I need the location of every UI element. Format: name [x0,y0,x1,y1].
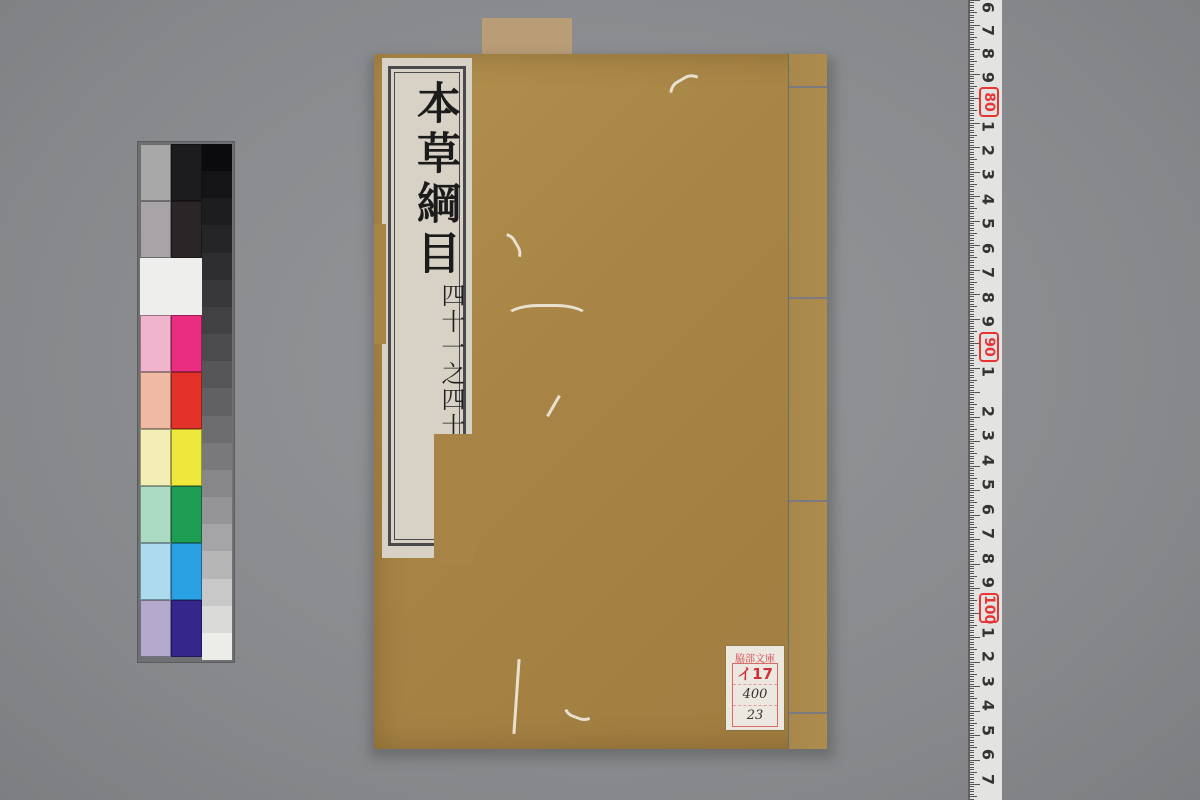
ruler-tick [970,257,977,258]
ruler-tick [970,409,974,410]
ruler-label: 1 [979,362,998,382]
ruler-tick [970,287,974,288]
ruler-tick [970,573,974,574]
ruler-tick [970,740,974,741]
paper-damage [504,304,590,340]
ruler-label: 100 [979,593,999,623]
ruler-tick [970,39,974,40]
ruler-tick [970,630,974,631]
ruler-tick [970,767,974,768]
ruler-tick [970,402,974,403]
ruler-tick [970,461,974,462]
ruler-tick [970,125,974,126]
ruler-tick [970,502,977,503]
ruler-tick [970,338,974,339]
ruler-tick [970,336,974,337]
ruler-tick [970,497,974,498]
color-patch-green [171,486,202,543]
ruler-tick [970,223,974,224]
ruler-tick [970,66,974,67]
ruler-tick [970,355,977,356]
paper-damage [546,395,561,417]
ruler-tick [970,198,974,199]
ruler-tick [970,69,974,70]
paper-damage [559,679,605,725]
ruler-tick [970,71,974,72]
ruler-tick [970,789,974,790]
ruler-tick [970,211,974,212]
ruler-tick [970,230,974,231]
ruler-tick [970,279,974,280]
book-title: 本草綱目 [412,80,456,280]
book-spine [788,54,827,749]
ruler-tick [970,350,974,351]
ruler-tick [970,527,977,528]
ruler-tick [970,321,974,322]
ruler-tick [970,421,974,422]
ruler-tick [970,649,977,650]
color-patch-red [171,372,202,429]
ruler-tick [970,664,974,665]
ruler-tick [970,22,974,23]
ruler-tick [970,794,974,795]
ruler-tick [970,377,974,378]
color-patch-mint [140,486,171,543]
ruler-tick [970,267,974,268]
ruler-tick [970,590,974,591]
ruler-tick [970,311,974,312]
ruler-tick [970,752,974,753]
ruler-tick [970,747,977,748]
ruler-tick [970,671,974,672]
ruler-tick [970,17,974,18]
ruler-tick [970,42,974,43]
paper-damage [512,659,520,734]
ruler-tick [970,309,974,310]
ruler-tick [970,86,977,87]
ruler-tick [970,537,974,538]
ruler-tick [970,394,974,395]
ruler-tick [970,404,977,405]
ruler-tick [970,387,974,388]
color-patch-gray-purple [140,201,171,258]
ruler-tick [970,439,974,440]
ruler-tick [970,725,974,726]
grayscale-step [202,497,232,524]
ruler-tick [970,757,974,758]
ruler-tick [970,576,977,577]
ruler-tick [970,429,977,430]
ruler-tick [970,250,974,251]
ruler-tick [970,512,974,513]
ruler-tick [970,755,974,756]
ruler-tick [970,522,974,523]
ruler-tick [970,774,974,775]
ruler-tick [970,688,974,689]
ruler-tick [970,632,974,633]
ruler-tick [970,142,974,143]
ruler-tick [970,5,974,6]
ruler-tick [970,480,974,481]
ruler-tick [970,262,974,263]
ruler-tick [970,154,974,155]
ruler-tick [970,118,974,119]
color-patch-black [171,144,202,201]
ruler-label: 1 [979,117,998,137]
ruler-label: 9 [979,573,998,593]
ruler-label: 3 [979,426,998,446]
ruler-tick [970,20,974,21]
ruler-tick [970,657,974,658]
ruler-tick [970,81,974,82]
ruler-tick [970,448,974,449]
ruler-tick [970,179,974,180]
ruler-tick [970,333,974,334]
ruler-tick [970,348,974,349]
ruler-tick [970,524,974,525]
ruler-tick [970,796,977,797]
ruler-label: 8 [979,549,998,569]
ruler-label: 7 [979,770,998,790]
ruler-tick [970,375,974,376]
ruler-tick [970,108,974,109]
ruler-tick [970,218,974,219]
ruler-tick [970,54,974,55]
ruler-tick [970,510,974,511]
ruler-label: 6 [979,745,998,765]
ruler-tick [970,103,974,104]
ruler-label: 3 [979,165,998,185]
ruler-tick [970,676,974,677]
ruler-tick [970,164,974,165]
ruler-tick [970,483,974,484]
ruler-tick [970,390,974,391]
ruler-tick [970,578,974,579]
ruler-tick [970,78,974,79]
ruler-tick [970,301,974,302]
ruler-label: 8 [979,44,998,64]
ruler-tick [970,737,974,738]
ruler-tick [970,61,977,62]
ruler-tick [970,451,974,452]
grayscale-step [202,633,232,660]
grayscale-step [202,307,232,334]
ruler-tick [970,698,977,699]
grayscale-step [202,551,232,578]
grayscale-step [202,443,232,470]
ruler-tick [970,130,974,131]
ruler-tick [970,505,974,506]
ruler-tick [970,176,974,177]
ruler-tick [970,458,974,459]
ruler-tick [970,225,974,226]
ruler-tick [970,140,974,141]
ruler-tick [970,495,974,496]
ruler-tick [970,397,974,398]
ruler-tick [970,674,977,675]
ruler-tick [970,296,974,297]
ruler-tick [970,559,974,560]
color-patch-yellow [171,429,202,486]
ruler-label: 9 [979,312,998,332]
color-patch-magenta [171,315,202,372]
ruler-tick [970,191,974,192]
ruler-tick [970,551,977,552]
ruler-tick [970,184,977,185]
paper-damage [477,227,526,276]
color-patch-indigo [171,600,202,657]
ruler-tick [970,93,974,94]
color-patch-peach [140,372,171,429]
ruler-tick [970,470,974,471]
ruler-tick [970,137,974,138]
ruler-tick [970,424,974,425]
ruler-tick [970,29,974,30]
ruler-tick [970,385,974,386]
ruler-tick [970,306,977,307]
ruler-tick [970,519,974,520]
ruler-tick [970,194,974,195]
ruler-tick [970,706,974,707]
ruler-tick [970,316,974,317]
color-patch-light-blue [140,543,171,600]
grayscale-step [202,225,232,252]
ruler-label: 2 [979,647,998,667]
ruler-tick [970,730,974,731]
ruler-tick [970,167,974,168]
ruler-tick [970,728,974,729]
ruler-tick [970,331,977,332]
ruler-tick [970,473,974,474]
item-number: 400 [733,685,777,706]
stitch [789,297,827,299]
ruler-tick [970,299,974,300]
ruler-tick [970,534,974,535]
ruler-tick [970,47,974,48]
ruler-tick [970,426,974,427]
grayscale-step [202,280,232,307]
ruler-tick [970,549,974,550]
ruler-tick [970,174,974,175]
ruler-tick [970,105,974,106]
ruler-tick [970,414,974,415]
ruler-tick [970,617,974,618]
ruler-tick [970,608,974,609]
grayscale-step [202,253,232,280]
ruler-tick [970,274,974,275]
ruler-tick [970,779,974,780]
ruler-tick [970,583,974,584]
ruler-tick [970,659,974,660]
ruler-tick [970,701,974,702]
grayscale-step [202,334,232,361]
ruler-label: 90 [979,332,999,362]
ruler-tick [970,363,974,364]
ruler-tick [970,681,974,682]
ruler-tick [970,666,974,667]
ruler-tick [970,284,974,285]
ruler-tick [970,64,974,65]
ruler-label: 5 [979,475,998,495]
ruler-tick [970,115,974,116]
ruler-tick [970,546,974,547]
ruler-tick [970,777,974,778]
ruler-tick [970,610,974,611]
ruler-tick [970,145,974,146]
ruler-tick [970,83,974,84]
color-patch-dark-brown [171,201,202,258]
ruler-label: 6 [979,0,998,18]
ruler-tick [970,186,974,187]
ruler-tick [970,51,974,52]
stitch [789,86,827,88]
ruler-tick [970,2,974,3]
ruler-tick [970,34,974,35]
measuring-ruler: 678980123456789901234567891001234567 [968,0,1002,800]
ruler-tick [970,27,974,28]
ruler-tick [970,622,974,623]
ruler-tick [970,353,974,354]
ruler-tick [970,500,974,501]
ruler-label: 2 [979,141,998,161]
ruler-tick [970,475,974,476]
grayscale-step [202,579,232,606]
ruler-tick [970,593,974,594]
ruler-tick [970,492,974,493]
ruler-tick [970,326,974,327]
ruler-tick [970,679,974,680]
ruler-tick [970,791,974,792]
grayscale-strip [202,144,232,660]
ruler-tick [970,693,974,694]
ruler-tick [970,715,974,716]
ruler-label: 6 [979,500,998,520]
ruler-tick [970,56,974,57]
ruler-tick [970,314,974,315]
color-patch-lavender [140,600,171,657]
stitch [789,500,827,502]
ruler-tick [970,598,974,599]
ruler-tick [970,323,974,324]
ruler-label: 5 [979,214,998,234]
ruler-tick [970,419,974,420]
ruler-tick [970,625,977,626]
ruler-tick [970,488,974,489]
ruler-label: 4 [979,190,998,210]
ruler-tick [970,282,977,283]
ruler-tick [970,96,974,97]
ruler-tick [970,181,974,182]
ruler-tick [970,772,977,773]
ruler-tick [970,358,974,359]
ruler-tick [970,600,977,601]
ruler-tick [970,750,974,751]
ruler-tick [970,365,974,366]
ruler-tick [970,561,974,562]
ruler-tick [970,37,977,38]
torn-area [374,224,386,344]
ruler-label: 80 [979,87,999,117]
ruler-tick [970,292,974,293]
ruler-tick [970,7,974,8]
grayscale-step [202,361,232,388]
paper-damage [661,67,734,147]
ruler-tick [970,434,974,435]
ruler-tick [970,213,974,214]
ruler-tick [970,532,974,533]
ruler-tick [970,289,974,290]
ruler-tick [970,277,974,278]
ruler-label: 8 [979,288,998,308]
color-patch-light-yellow [140,429,171,486]
ruler-tick [970,149,974,150]
ruler-tick [970,208,977,209]
ruler-tick [970,120,974,121]
paper-tab [482,18,572,58]
ruler-tick [970,233,977,234]
ruler-tick [970,723,977,724]
ruler-tick [970,431,974,432]
ruler-tick [970,556,974,557]
ruler-tick [970,392,980,393]
call-number: イ17 [733,664,777,685]
ruler-tick [970,595,974,596]
ruler-tick [970,456,974,457]
ruler-tick [970,786,974,787]
ruler-tick [970,265,974,266]
color-patch-light-pink [140,315,171,372]
ruler-tick [970,468,974,469]
ruler-tick [970,382,974,383]
ruler-tick [970,159,977,160]
ruler-tick [970,642,974,643]
ruler-tick [970,713,974,714]
ruler-tick [970,720,974,721]
ruler-tick [970,745,974,746]
grayscale-step [202,524,232,551]
ruler-tick [970,370,974,371]
ruler-tick [970,696,974,697]
ruler-tick [970,247,974,248]
ruler-tick [970,615,974,616]
ruler-tick [970,252,974,253]
ruler-tick [970,412,974,413]
ruler-tick [970,703,974,704]
ruler-tick [970,620,974,621]
library-label-box: イ17 400 23 [732,663,778,727]
ruler-tick [970,59,974,60]
color-patch-cyan [171,543,202,600]
ruler-tick [970,571,974,572]
grayscale-step [202,144,232,171]
ruler-tick [970,769,974,770]
ruler-tick [970,718,974,719]
ruler-tick [970,157,974,158]
ruler-tick [970,169,974,170]
ruler-tick [970,443,974,444]
ruler-tick [970,113,974,114]
ruler-tick [970,647,974,648]
ruler-tick [970,260,974,261]
ruler-label: 1 [979,623,998,643]
grayscale-step [202,416,232,443]
ruler-tick [970,201,974,202]
ruler-tick [970,100,974,101]
ruler-tick [970,554,974,555]
ruler-tick [970,652,974,653]
ruler-tick [970,517,974,518]
ruler-tick [970,372,974,373]
